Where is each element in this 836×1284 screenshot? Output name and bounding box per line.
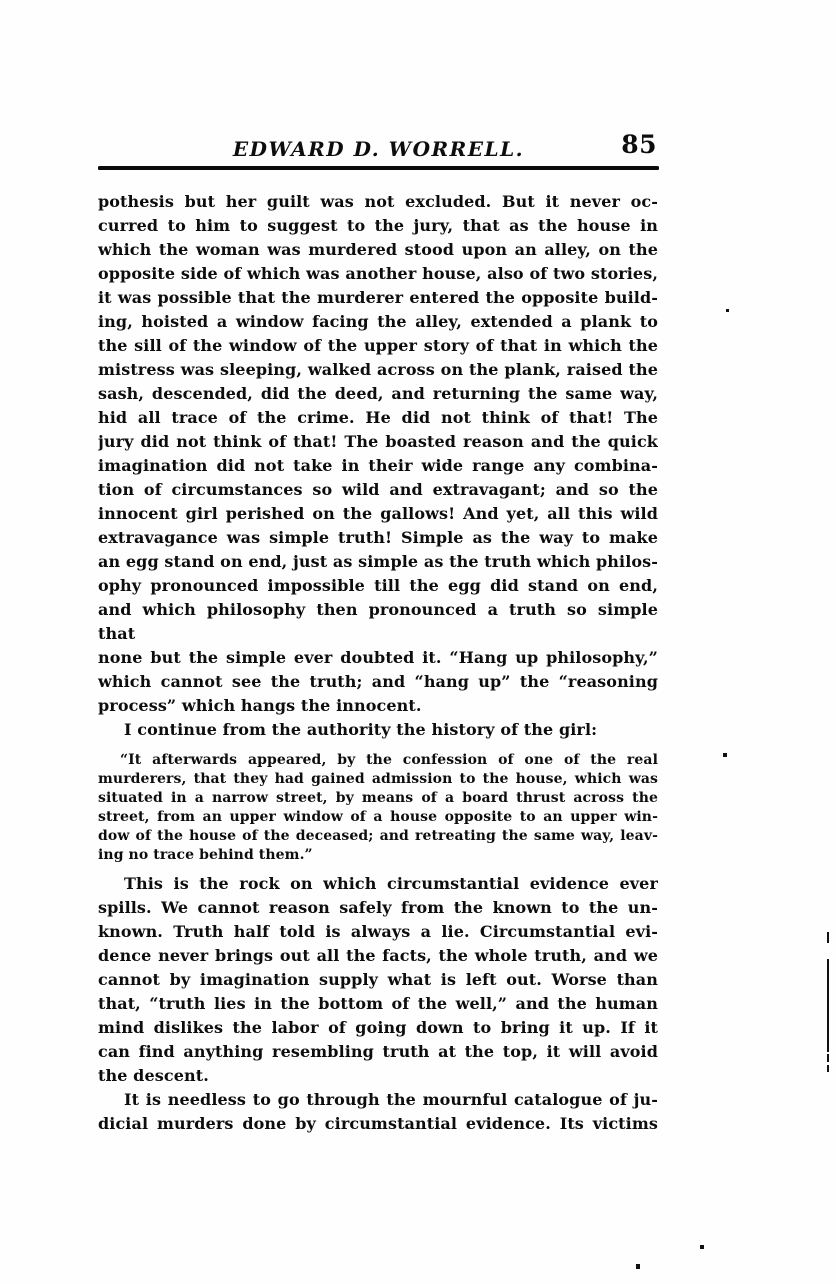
text-line: street, from an upper window of a house …: [98, 808, 658, 827]
blockquote-confession: “It afterwards appeared, by the confessi…: [98, 751, 658, 865]
ink-speck: [723, 753, 727, 757]
margin-pen-mark: [827, 959, 829, 1052]
header-rule: [98, 166, 659, 170]
text-line: and which philosophy then pronounced a t…: [98, 598, 658, 646]
text-line: known. Truth half told is always a lie. …: [98, 920, 658, 944]
text-line: curred to him to suggest to the jury, th…: [98, 214, 658, 238]
margin-pen-mark: [827, 1065, 829, 1072]
text-line: none but the simple ever doubted it. “Ha…: [98, 646, 658, 670]
ink-speck: [726, 309, 729, 312]
text-line: that, “truth lies in the bottom of the w…: [98, 992, 658, 1016]
text-line: extravagance was simple truth! Simple as…: [98, 526, 658, 550]
text-line: imagination did not take in their wide r…: [98, 454, 658, 478]
text-line: mistress was sleeping, walked across on …: [98, 358, 658, 382]
text-line: spills. We cannot reason safely from the…: [98, 896, 658, 920]
text-line: murderers, that they had gained admissio…: [98, 770, 658, 789]
paragraph-continue-authority: I continue from the authority the histor…: [98, 718, 658, 742]
text-line: It is needless to go through the mournfu…: [98, 1088, 658, 1112]
text-line: jury did not think of that! The boasted …: [98, 430, 658, 454]
text-line: the descent.: [98, 1064, 658, 1088]
page-text: pothesis but her guilt was not excluded.…: [98, 190, 658, 1136]
text-line: an egg stand on end, just as simple as t…: [98, 550, 658, 574]
page-number: 85: [621, 130, 657, 159]
paragraph-mournful-catalogue: It is needless to go through the mournfu…: [98, 1088, 658, 1136]
text-line: ing, hoisted a window facing the alley, …: [98, 310, 658, 334]
paragraph-rock-of-circumstantial-evidence: This is the rock on which circumstantial…: [98, 872, 658, 1088]
text-line: ing no trace behind them.”: [98, 846, 658, 865]
text-line: which cannot see the truth; and “hang up…: [98, 670, 658, 694]
text-line: sash, descended, did the deed, and retur…: [98, 382, 658, 406]
text-line: can find anything resembling truth at th…: [98, 1040, 658, 1064]
paragraph-hypothesis-continuation: pothesis but her guilt was not excluded.…: [98, 190, 658, 718]
text-line: dow of the house of the deceased; and re…: [98, 827, 658, 846]
text-line: tion of circumstances so wild and extrav…: [98, 478, 658, 502]
text-line: dicial murders done by circumstantial ev…: [98, 1112, 658, 1136]
text-line: it was possible that the murderer entere…: [98, 286, 658, 310]
margin-pen-mark: [827, 1054, 829, 1062]
text-line: mind dislikes the labor of going down to…: [98, 1016, 658, 1040]
running-header: EDWARD D. WORRELL. 85: [98, 130, 659, 168]
ink-speck: [700, 1245, 704, 1249]
text-line: hid all trace of the crime. He did not t…: [98, 406, 658, 430]
text-line: I continue from the authority the histor…: [98, 718, 658, 742]
text-line: process” which hangs the innocent.: [98, 694, 658, 718]
ink-speck: [636, 1264, 640, 1269]
text-line: cannot by imagination supply what is lef…: [98, 968, 658, 992]
margin-pen-mark: [827, 932, 829, 943]
text-line: which the woman was murdered stood upon …: [98, 238, 658, 262]
text-line: the sill of the window of the upper stor…: [98, 334, 658, 358]
text-line: opposite side of which was another house…: [98, 262, 658, 286]
text-line: situated in a narrow street, by means of…: [98, 789, 658, 808]
running-header-title: EDWARD D. WORRELL.: [98, 137, 659, 161]
text-line: innocent girl perished on the gallows! A…: [98, 502, 658, 526]
text-line: ophy pronounced impossible till the egg …: [98, 574, 658, 598]
text-line: dence never brings out all the facts, th…: [98, 944, 658, 968]
text-line: pothesis but her guilt was not excluded.…: [98, 190, 658, 214]
text-line: This is the rock on which circumstantial…: [98, 872, 658, 896]
text-line: “It afterwards appeared, by the confessi…: [98, 751, 658, 770]
book-page: EDWARD D. WORRELL. 85 pothesis but her g…: [0, 0, 836, 1284]
